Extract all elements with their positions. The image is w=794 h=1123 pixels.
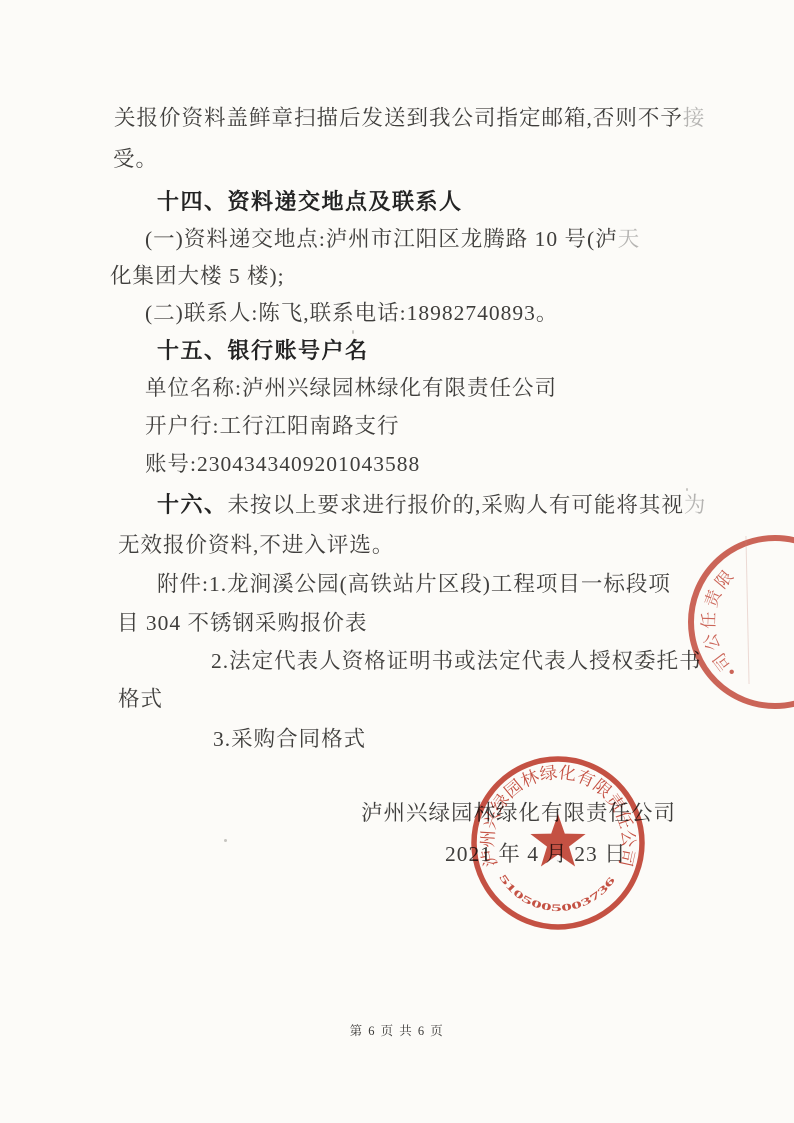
document-page: 关报价资料盖鲜章扫描后发送到我公司指定邮箱,否则不予接受。十四、资料递交地点及联…	[0, 0, 794, 1123]
text-segment: 化集团大楼 5 楼);	[110, 264, 285, 288]
text-segment: 单位名称:泸州兴绿园林绿化有限责任公司	[145, 376, 557, 400]
text-segment: 附件:1.龙涧溪公园(高铁站片区段)工程项目一标段项	[157, 572, 671, 596]
line-email-requirement-cont: 受。	[113, 147, 158, 172]
scan-speck	[224, 839, 227, 842]
text-segment: 为	[684, 493, 707, 517]
seal-star-icon	[530, 814, 585, 867]
edge-seal-char: 任	[699, 612, 718, 629]
edge-seal-dot	[730, 670, 734, 674]
text-segment: 受。	[113, 147, 158, 171]
text-segment: 目 304 不锈钢采购报价表	[117, 611, 368, 635]
line-attachment-1-cont: 目 304 不锈钢采购报价表	[117, 611, 368, 636]
scan-speck	[352, 330, 354, 334]
text-segment: 2.法定代表人资格证明书或法定代表人授权委托书	[211, 649, 702, 673]
text-segment: 十五、银行账号户名	[157, 338, 369, 363]
edge-seal-text: 限责任公司	[699, 567, 737, 674]
line-section-16: 十六、未按以上要求进行报价的,采购人有可能将其视为	[157, 492, 706, 518]
text-segment: 接	[683, 106, 706, 130]
text-segment: 3.采购合同格式	[213, 727, 366, 751]
text-segment: 无效报价资料,不进入评选。	[118, 533, 394, 557]
line-delivery-address: (一)资料递交地点:泸州市江阳区龙腾路 10 号(泸天	[145, 227, 640, 252]
line-unit-name: 单位名称:泸州兴绿园林绿化有限责任公司	[145, 376, 557, 401]
text-segment: 未按以上要求进行报价的,采购人有可能将其视	[228, 493, 684, 517]
text-segment: (二)联系人:陈飞,联系电话:18982740893。	[145, 301, 558, 325]
seal-registration-number: 5105005003736	[496, 873, 617, 915]
line-contact-person: (二)联系人:陈飞,联系电话:18982740893。	[145, 301, 558, 326]
text-segment: 格式	[118, 687, 163, 711]
company-seal-stamp: 泸州兴绿园林绿化有限责任公司 5105005003736	[463, 748, 653, 938]
line-attachment-3: 3.采购合同格式	[213, 727, 366, 752]
text-segment: 账号:2304343409201043588	[145, 452, 420, 476]
edge-seal-fragment-stamp: 限责任公司	[674, 522, 794, 722]
line-account-number: 账号:2304343409201043588	[145, 452, 420, 477]
text-segment: 关报价资料盖鲜章扫描后发送到我公司指定邮箱,否则不予	[114, 106, 683, 130]
line-bank-branch: 开户行:工行江阳南路支行	[145, 414, 399, 439]
text-segment: 开户行:工行江阳南路支行	[145, 414, 399, 438]
line-attachment-2: 2.法定代表人资格证明书或法定代表人授权委托书	[211, 649, 702, 674]
line-attachment-2-cont: 格式	[118, 687, 163, 712]
text-segment: (一)资料递交地点:泸州市江阳区龙腾路 10 号(泸	[145, 227, 618, 251]
line-attachment-1: 附件:1.龙涧溪公园(高铁站片区段)工程项目一标段项	[157, 572, 671, 597]
line-section-16-cont: 无效报价资料,不进入评选。	[118, 533, 394, 558]
line-email-requirement: 关报价资料盖鲜章扫描后发送到我公司指定邮箱,否则不予接	[114, 106, 705, 131]
text-segment: 天	[618, 227, 641, 251]
text-segment: 十六、	[157, 492, 228, 517]
scan-speck	[686, 488, 688, 491]
line-delivery-address-cont: 化集团大楼 5 楼);	[110, 264, 285, 289]
page-number: 第 6 页 共 6 页	[0, 1021, 794, 1039]
heading-section-14: 十四、资料递交地点及联系人	[157, 189, 463, 214]
heading-section-15: 十五、银行账号户名	[157, 338, 369, 363]
text-segment: 十四、资料递交地点及联系人	[157, 189, 463, 214]
edge-seal-char: 公	[700, 631, 723, 653]
edge-seal-char: 限	[712, 567, 737, 592]
